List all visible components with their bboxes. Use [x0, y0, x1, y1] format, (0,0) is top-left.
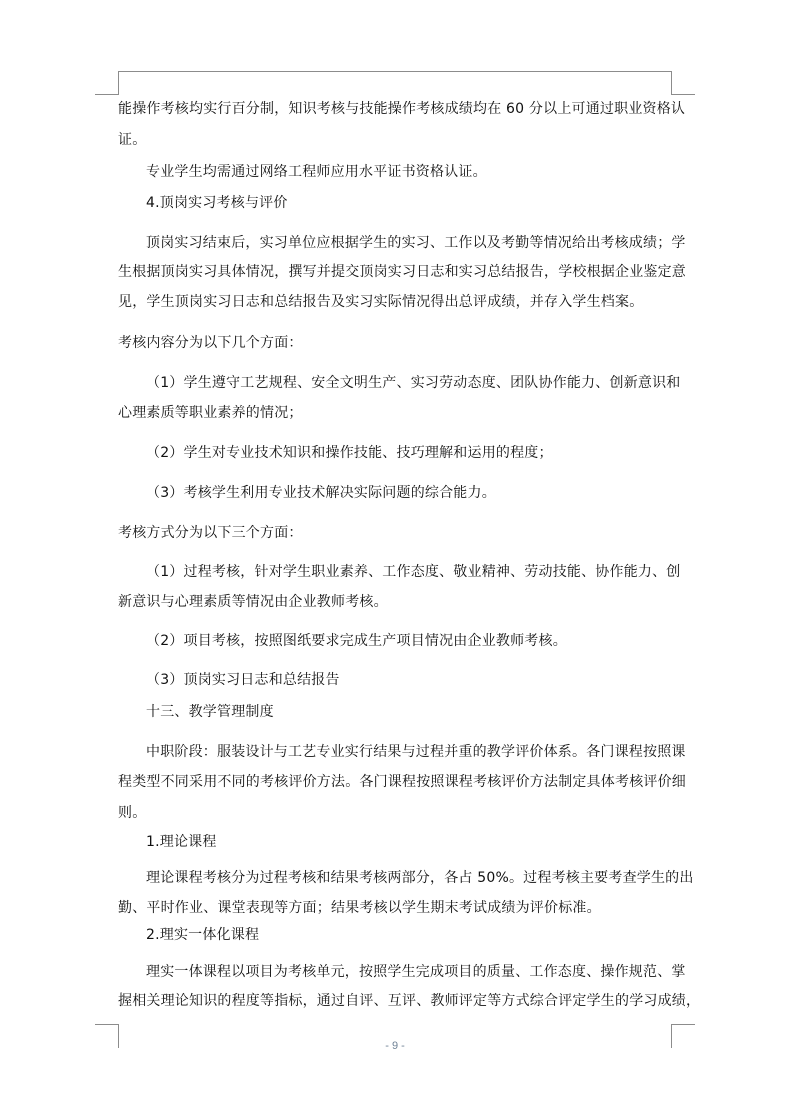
text-line: 顶岗实习结束后，实习单位应根据学生的实习、工作以及考勤等情况给出考核成绩；学 [146, 234, 678, 252]
header-top-border [118, 71, 672, 72]
text-line: 考核方式分为以下三个方面： [118, 524, 678, 542]
list-item: （3）顶岗实习日志和总结报告 [146, 671, 678, 689]
header-right-corner-vertical [671, 71, 672, 95]
document-page: 能操作考核均实行百分制，知识考核与技能操作考核成绩均在 60 分以上可通过职业资… [0, 0, 790, 1120]
text-line: 心理素质等职业素养的情况； [118, 404, 678, 422]
header-left-corner-horizontal [95, 94, 119, 95]
page-number: - 9 - [0, 1040, 790, 1052]
text-line: 专业学生均需通过网络工程师应用水平证书资格认证。 [146, 163, 678, 181]
text-line: 则。 [118, 804, 678, 822]
section-heading: 4.顶岗实习考核与评价 [146, 194, 678, 212]
section-heading: 1.理论课程 [146, 833, 678, 851]
text-line: 证。 [118, 131, 678, 149]
text-line: 见，学生顶岗实习日志和总结报告及实习实际情况得出总评成绩，并存入学生档案。 [118, 293, 678, 311]
list-item: （2）学生对专业技术知识和操作技能、技巧理解和运用的程度； [146, 444, 678, 462]
header-left-corner-vertical [118, 71, 119, 95]
list-item: （2）项目考核，按照图纸要求完成生产项目情况由企业教师考核。 [146, 632, 678, 650]
section-heading: 十三、教学管理制度 [146, 703, 678, 721]
footer-left-corner-horizontal [95, 1024, 119, 1025]
text-line: 程类型不同采用不同的考核评价方法。各门课程按照课程考核评价方法制定具体考核评价细 [118, 773, 678, 791]
text-line: 新意识与心理素质等情况由企业教师考核。 [118, 593, 678, 611]
section-heading: 2.理实一体化课程 [146, 926, 678, 944]
list-item: （1）学生遵守工艺规程、安全文明生产、实习劳动态度、团队协作能力、创新意识和 [146, 374, 678, 392]
text-line: 考核内容分为以下几个方面： [118, 334, 678, 352]
text-line: 理实一体课程以项目为考核单元，按照学生完成项目的质量、工作态度、操作规范、掌 [146, 963, 678, 981]
text-line: 握相关理论知识的程度等指标，通过自评、互评、教师评定等方式综合评定学生的学习成绩… [118, 992, 678, 1010]
text-line: 生根据顶岗实习具体情况，撰写并提交顶岗实习日志和实习总结报告，学校根据企业鉴定意 [118, 263, 678, 281]
list-item: （3）考核学生利用专业技术解决实际问题的综合能力。 [146, 484, 678, 502]
text-line: 中职阶段：服装设计与工艺专业实行结果与过程并重的教学评价体系。各门课程按照课 [146, 743, 678, 761]
text-line: 能操作考核均实行百分制，知识考核与技能操作考核成绩均在 60 分以上可通过职业资… [118, 100, 678, 118]
footer-right-corner-horizontal [671, 1024, 695, 1025]
list-item: （1）过程考核，针对学生职业素养、工作态度、敬业精神、劳动技能、协作能力、创 [146, 563, 678, 581]
header-right-corner-horizontal [671, 94, 695, 95]
text-line: 勤、平时作业、课堂表现等方面；结果考核以学生期末考试成绩为评价标准。 [118, 899, 678, 917]
text-line: 理论课程考核分为过程考核和结果考核两部分，各占 50%。过程考核主要考查学生的出 [146, 869, 678, 887]
